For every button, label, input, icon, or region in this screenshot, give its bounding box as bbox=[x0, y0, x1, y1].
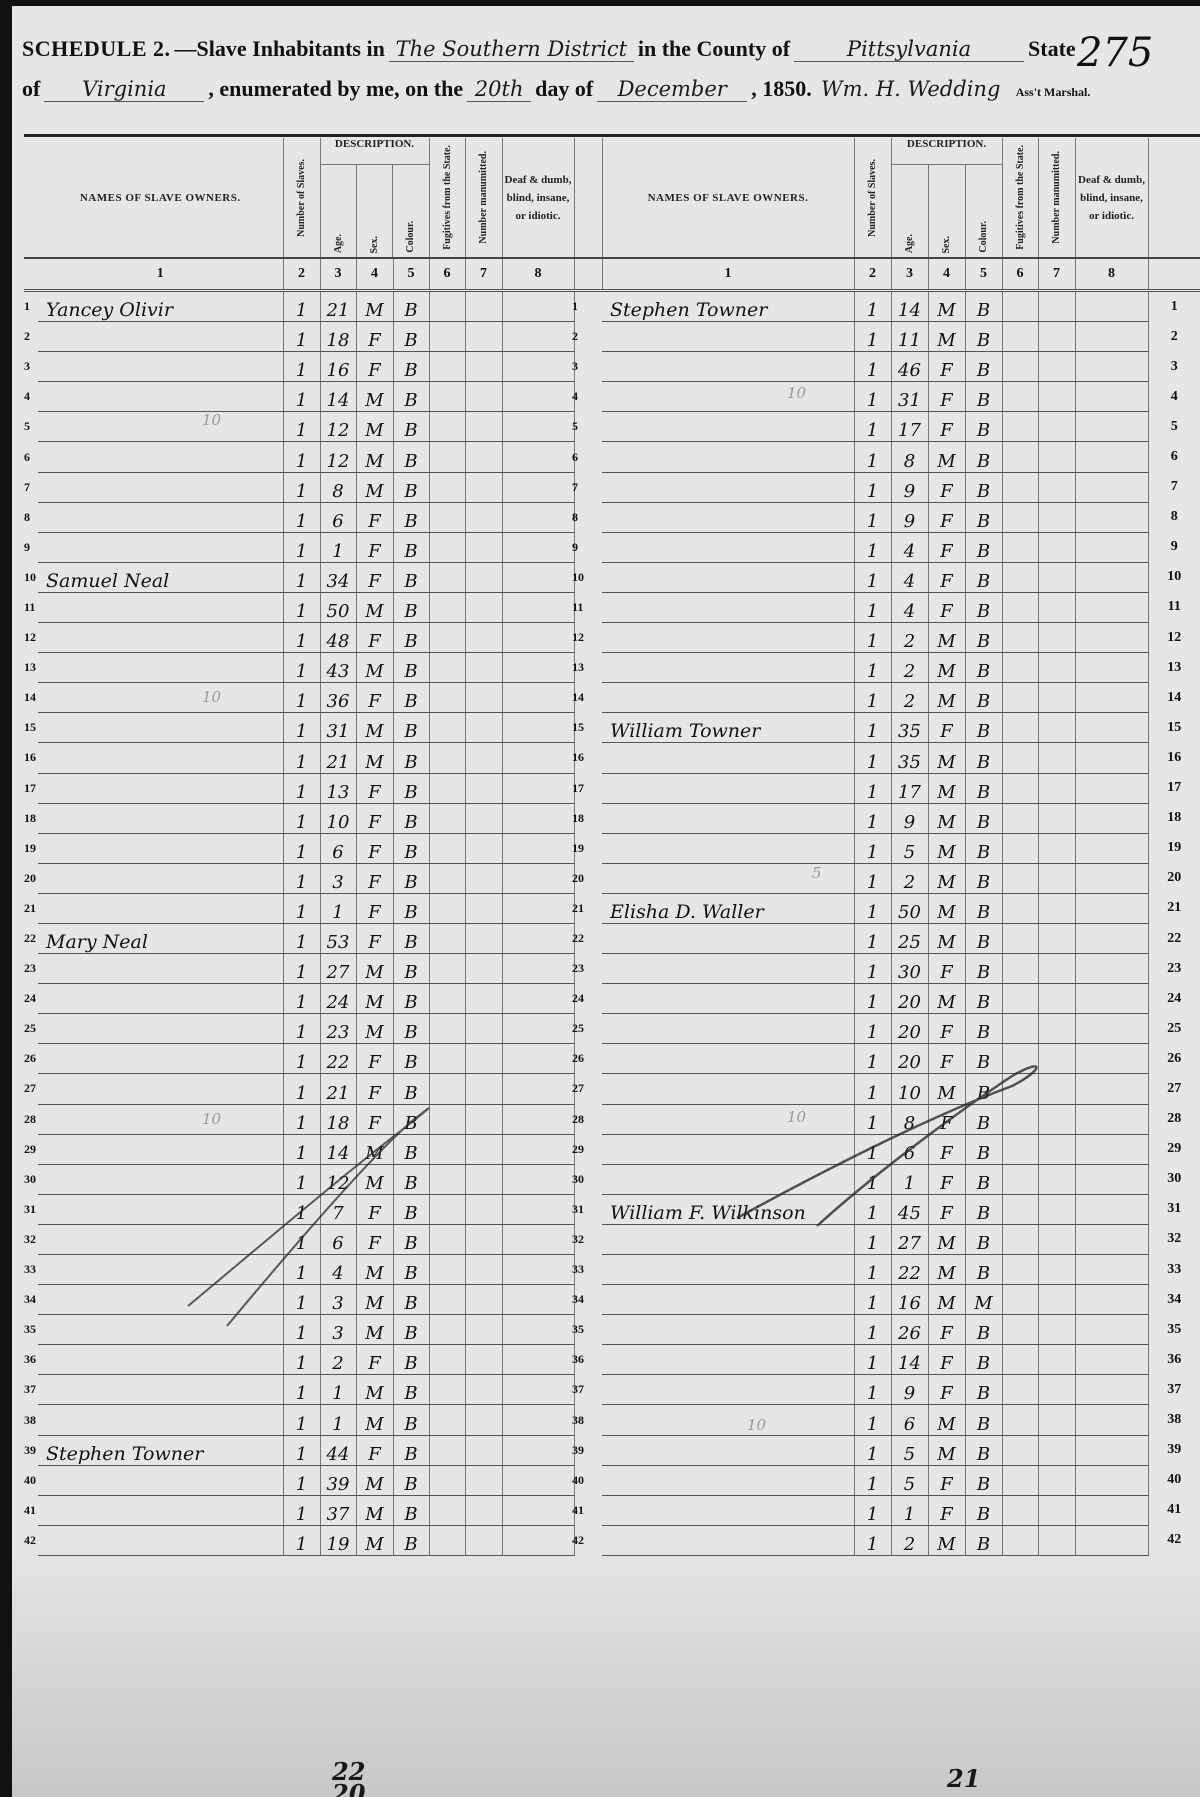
deaf-blind-cell bbox=[1075, 352, 1148, 382]
sex-cell: F bbox=[928, 352, 965, 382]
owner-name bbox=[602, 322, 854, 352]
table-row: 1Stephen Towner114MB1 bbox=[572, 291, 1200, 322]
colnum-8: 8 bbox=[1075, 258, 1148, 291]
table-row: 34116MM34 bbox=[572, 1285, 1200, 1315]
sex-cell: F bbox=[928, 592, 965, 622]
left-tally: 22 20 bbox=[332, 1761, 365, 1797]
line-number-right: 14 bbox=[1148, 683, 1200, 713]
owner-name bbox=[38, 833, 283, 863]
deaf-blind-cell bbox=[1075, 803, 1148, 833]
owner-name bbox=[602, 1014, 854, 1044]
slave-count: 1 bbox=[283, 1044, 320, 1074]
fugitive-cell bbox=[429, 562, 465, 592]
colour-cell: B bbox=[393, 743, 429, 773]
owner-name bbox=[38, 1495, 283, 1525]
slave-count: 1 bbox=[283, 382, 320, 412]
sex-cell: M bbox=[356, 442, 393, 472]
owner-name bbox=[38, 954, 283, 984]
colour-cell: B bbox=[965, 954, 1002, 984]
sex-cell: M bbox=[928, 743, 965, 773]
owner-name: Stephen Towner bbox=[602, 291, 854, 322]
owner-name bbox=[38, 1255, 283, 1285]
colour-cell: B bbox=[965, 472, 1002, 502]
fugitive-cell bbox=[429, 352, 465, 382]
colour-cell: B bbox=[965, 683, 1002, 713]
line-number: 24 bbox=[572, 984, 602, 1014]
table-row: 3413MB bbox=[24, 1285, 574, 1315]
manumitted-cell bbox=[465, 1255, 502, 1285]
table-row: 26120FB26 bbox=[572, 1044, 1200, 1074]
sex-cell: M bbox=[928, 1405, 965, 1435]
line-number-right: 5 bbox=[1148, 412, 1200, 442]
sex-cell: F bbox=[356, 502, 393, 532]
sex-cell: M bbox=[356, 1315, 393, 1345]
deaf-blind-cell bbox=[1075, 382, 1148, 412]
table-row: 17113FB bbox=[24, 773, 574, 803]
manumitted-cell bbox=[1038, 1074, 1075, 1104]
sex-cell: M bbox=[928, 683, 965, 713]
manumitted-cell bbox=[465, 562, 502, 592]
owner-name bbox=[38, 382, 283, 412]
slave-count: 1 bbox=[283, 1495, 320, 1525]
age-cell: 16 bbox=[891, 1285, 928, 1315]
line-number: 34 bbox=[24, 1285, 38, 1315]
census-page: 275 SCHEDULE 2. —Slave Inhabitants in Th… bbox=[12, 6, 1200, 1797]
sex-cell: F bbox=[356, 562, 393, 592]
owner-name: Samuel Neal bbox=[38, 562, 283, 592]
age-cell: 44 bbox=[320, 1435, 356, 1465]
deaf-blind-cell bbox=[1075, 1345, 1148, 1375]
deaf-blind-cell bbox=[502, 1255, 574, 1285]
line-number-right: 37 bbox=[1148, 1375, 1200, 1405]
sex-cell: F bbox=[928, 502, 965, 532]
slave-count: 1 bbox=[283, 1465, 320, 1495]
line-number: 19 bbox=[24, 833, 38, 863]
age-cell: 46 bbox=[891, 352, 928, 382]
manumitted-cell bbox=[465, 1285, 502, 1315]
fugitive-cell bbox=[1002, 893, 1038, 923]
deaf-blind-cell bbox=[502, 352, 574, 382]
line-number-right: 4 bbox=[1148, 382, 1200, 412]
colour-cell: B bbox=[965, 1044, 1002, 1074]
line-number-right: 10 bbox=[1148, 562, 1200, 592]
fugitive-cell bbox=[1002, 1315, 1038, 1345]
slave-count: 1 bbox=[854, 352, 891, 382]
colour-cell: B bbox=[393, 1104, 429, 1134]
manumitted-cell bbox=[1038, 352, 1075, 382]
sex-cell: F bbox=[928, 713, 965, 743]
sex-cell: F bbox=[928, 1465, 965, 1495]
line-number: 25 bbox=[24, 1014, 38, 1044]
line-number-right: 15 bbox=[1148, 713, 1200, 743]
table-row: 42119MB bbox=[24, 1525, 574, 1555]
deaf-blind-cell bbox=[502, 502, 574, 532]
manumitted-cell bbox=[1038, 863, 1075, 893]
owner-name bbox=[38, 502, 283, 532]
owner-name bbox=[602, 1285, 854, 1315]
slave-count: 1 bbox=[854, 1495, 891, 1525]
manumitted-cell bbox=[1038, 322, 1075, 352]
colour-cell: B bbox=[965, 291, 1002, 322]
sex-cell: M bbox=[928, 803, 965, 833]
line-number: 16 bbox=[24, 743, 38, 773]
deaf-blind-cell bbox=[1075, 472, 1148, 502]
manumitted-cell bbox=[465, 984, 502, 1014]
page-number: 275 bbox=[1077, 30, 1153, 76]
colour-cell: B bbox=[393, 1074, 429, 1104]
slave-count: 1 bbox=[854, 623, 891, 653]
sex-cell: M bbox=[356, 592, 393, 622]
description-label: DESCRIPTION. bbox=[892, 138, 1002, 165]
deaf-blind-cell bbox=[502, 623, 574, 653]
sex-cell: F bbox=[356, 803, 393, 833]
enumerated-text: , enumerated by me, on the bbox=[208, 76, 463, 102]
fugitive-cell bbox=[1002, 1465, 1038, 1495]
owner-name bbox=[602, 1465, 854, 1495]
colour-cell: B bbox=[965, 713, 1002, 743]
age-cell: 12 bbox=[320, 442, 356, 472]
colour-cell: B bbox=[393, 322, 429, 352]
colour-cell: B bbox=[393, 1194, 429, 1224]
line-number: 19 bbox=[572, 833, 602, 863]
line-number: 14 bbox=[24, 683, 38, 713]
age-cell: 8 bbox=[320, 472, 356, 502]
sex-cell: M bbox=[928, 1074, 965, 1104]
fugitive-cell bbox=[1002, 352, 1038, 382]
colour-cell: B bbox=[965, 1164, 1002, 1194]
age-cell: 48 bbox=[320, 623, 356, 653]
table-row: 18110FB bbox=[24, 803, 574, 833]
slave-count: 1 bbox=[854, 291, 891, 322]
age-cell: 18 bbox=[320, 1104, 356, 1134]
sex-cell: F bbox=[356, 1044, 393, 1074]
sex-cell: F bbox=[928, 954, 965, 984]
colour-cell: B bbox=[393, 562, 429, 592]
table-row: 40139MB bbox=[24, 1465, 574, 1495]
colour-cell: B bbox=[393, 713, 429, 743]
right-table-body: 1Stephen Towner114MB12111MB23146FB34131F… bbox=[572, 291, 1200, 1556]
table-row: 2916FB29 bbox=[572, 1134, 1200, 1164]
fugitive-cell bbox=[429, 1465, 465, 1495]
fugitive-cell bbox=[429, 1224, 465, 1254]
deaf-blind-cell bbox=[502, 954, 574, 984]
slave-count: 1 bbox=[283, 412, 320, 442]
line-number: 37 bbox=[24, 1375, 38, 1405]
fugitive-cell bbox=[429, 773, 465, 803]
fugitive-cell bbox=[1002, 1044, 1038, 1074]
line-number-right: 35 bbox=[1148, 1315, 1200, 1345]
slave-count: 1 bbox=[283, 863, 320, 893]
owner-name bbox=[38, 623, 283, 653]
slave-count: 1 bbox=[283, 1104, 320, 1134]
pencil-mark: 10 bbox=[202, 1110, 221, 1128]
fugitive-cell bbox=[1002, 1375, 1038, 1405]
deaf-blind-cell bbox=[502, 923, 574, 953]
sex-cell: F bbox=[356, 893, 393, 923]
owner-name bbox=[602, 1164, 854, 1194]
deaf-blind-cell bbox=[502, 743, 574, 773]
colour-cell: B bbox=[965, 1014, 1002, 1044]
schedule-label: SCHEDULE 2. bbox=[22, 36, 171, 62]
deaf-blind-cell bbox=[1075, 773, 1148, 803]
table-row: 10Samuel Neal134FB bbox=[24, 562, 574, 592]
colnum-4: 4 bbox=[356, 258, 393, 291]
owner-name bbox=[602, 984, 854, 1014]
fugitive-cell bbox=[1002, 382, 1038, 412]
manumitted-cell bbox=[465, 954, 502, 984]
column-number-row: 1 2 3 4 5 6 7 8 bbox=[572, 258, 1200, 291]
line-number: 6 bbox=[572, 442, 602, 472]
manumitted-cell bbox=[465, 291, 502, 322]
age-cell: 31 bbox=[320, 713, 356, 743]
manumitted-cell bbox=[465, 803, 502, 833]
owner-name bbox=[602, 1345, 854, 1375]
fugitives-header-text: Fugitives from the State. bbox=[1015, 145, 1026, 250]
sex-cell: M bbox=[928, 291, 965, 322]
fugitive-cell bbox=[1002, 502, 1038, 532]
deaf-blind-cell bbox=[1075, 1104, 1148, 1134]
deaf-blind-cell bbox=[502, 1495, 574, 1525]
line-number-right: 1 bbox=[1148, 291, 1200, 322]
pencil-mark: 10 bbox=[747, 1416, 766, 1434]
fugitive-cell bbox=[429, 683, 465, 713]
line-number: 17 bbox=[24, 773, 38, 803]
colour-cell: B bbox=[965, 1405, 1002, 1435]
fugitive-cell bbox=[1002, 562, 1038, 592]
line-number: 26 bbox=[572, 1044, 602, 1074]
line-number-right: 42 bbox=[1148, 1525, 1200, 1555]
age-cell: 53 bbox=[320, 923, 356, 953]
colour-cell: B bbox=[965, 442, 1002, 472]
fugitive-cell bbox=[429, 1134, 465, 1164]
line-number: 11 bbox=[24, 592, 38, 622]
manumitted-cell bbox=[465, 893, 502, 923]
fugitive-cell bbox=[1002, 984, 1038, 1014]
left-table-body: 1Yancey Olivir121MB2118FB3116FB4114MB511… bbox=[24, 291, 574, 1556]
sex-cell: F bbox=[356, 1194, 393, 1224]
sex-cell: M bbox=[928, 1224, 965, 1254]
colour-cell: B bbox=[965, 1375, 1002, 1405]
slave-count: 1 bbox=[854, 803, 891, 833]
age-cell: 1 bbox=[320, 893, 356, 923]
owner-name bbox=[38, 442, 283, 472]
colour-cell: B bbox=[393, 1345, 429, 1375]
fugitive-cell bbox=[429, 1164, 465, 1194]
number-header-text: Number of Slaves. bbox=[296, 159, 307, 237]
slave-count: 1 bbox=[283, 1224, 320, 1254]
fugitive-cell bbox=[1002, 322, 1038, 352]
owner-name bbox=[38, 322, 283, 352]
description-header: DESCRIPTION. Age. Sex. Colour. bbox=[891, 138, 1002, 258]
deaf-blind-cell bbox=[1075, 713, 1148, 743]
slave-count: 1 bbox=[283, 1194, 320, 1224]
owner-name bbox=[38, 1044, 283, 1074]
deaf-blind-cell bbox=[502, 683, 574, 713]
line-number: 6 bbox=[24, 442, 38, 472]
sex-cell: M bbox=[928, 1525, 965, 1555]
table-row: 2118FB bbox=[24, 322, 574, 352]
owner-name bbox=[602, 382, 854, 412]
slave-count: 1 bbox=[854, 833, 891, 863]
colour-cell: B bbox=[393, 1134, 429, 1164]
sex-cell: F bbox=[356, 532, 393, 562]
table-row: 6112MB bbox=[24, 442, 574, 472]
colour-cell: B bbox=[393, 1465, 429, 1495]
colour-cell: B bbox=[965, 592, 1002, 622]
county-prefix: in the County of bbox=[638, 36, 790, 62]
deaf-blind-cell bbox=[1075, 1405, 1148, 1435]
table-row: 15131MB bbox=[24, 713, 574, 743]
fugitive-cell bbox=[429, 502, 465, 532]
colour-cell: B bbox=[965, 1104, 1002, 1134]
owner-name bbox=[38, 1224, 283, 1254]
line-number-right: 6 bbox=[1148, 442, 1200, 472]
fugitive-cell bbox=[429, 1375, 465, 1405]
owner-name bbox=[602, 1044, 854, 1074]
manumitted-cell bbox=[1038, 923, 1075, 953]
line-number: 38 bbox=[572, 1405, 602, 1435]
sex-cell: F bbox=[928, 472, 965, 502]
age-cell: 2 bbox=[891, 1525, 928, 1555]
deaf-blind-cell bbox=[502, 893, 574, 923]
manumitted-cell bbox=[465, 352, 502, 382]
deaf-blind-cell bbox=[1075, 592, 1148, 622]
table-row: 27110MB27 bbox=[572, 1074, 1200, 1104]
table-row: 816FB bbox=[24, 502, 574, 532]
deaf-blind-cell bbox=[1075, 893, 1148, 923]
manumitted-cell bbox=[465, 1164, 502, 1194]
line-number: 21 bbox=[24, 893, 38, 923]
age-cell: 22 bbox=[891, 1255, 928, 1285]
manumitted-cell bbox=[1038, 1044, 1075, 1074]
fugitive-cell bbox=[1002, 532, 1038, 562]
slave-count: 1 bbox=[283, 1435, 320, 1465]
colour-cell: B bbox=[393, 833, 429, 863]
sex-header: Sex. bbox=[941, 236, 952, 254]
manumitted-cell bbox=[1038, 1345, 1075, 1375]
of-label: of bbox=[22, 76, 40, 102]
owner-name bbox=[38, 1104, 283, 1134]
deaf-header: Deaf & dumb, blind, insane, or idiotic. bbox=[1075, 138, 1148, 258]
colnum-6: 6 bbox=[429, 258, 465, 291]
sex-cell: M bbox=[928, 623, 965, 653]
slave-count: 1 bbox=[854, 322, 891, 352]
fugitive-cell bbox=[1002, 592, 1038, 622]
line-number: 35 bbox=[572, 1315, 602, 1345]
table-row: 3915MB39 bbox=[572, 1435, 1200, 1465]
owner-name bbox=[38, 1375, 283, 1405]
deaf-blind-cell bbox=[502, 1525, 574, 1555]
deaf-line-2: blind, insane, bbox=[503, 189, 574, 207]
age-cell: 13 bbox=[320, 773, 356, 803]
colour-cell: B bbox=[965, 863, 1002, 893]
slave-count: 1 bbox=[283, 653, 320, 683]
table-row: 5117FB5 bbox=[572, 412, 1200, 442]
colour-cell: B bbox=[393, 1375, 429, 1405]
owner-name bbox=[602, 442, 854, 472]
fugitive-cell bbox=[1002, 1525, 1038, 1555]
table-row: 36114FB36 bbox=[572, 1345, 1200, 1375]
manumitted-cell bbox=[465, 532, 502, 562]
sex-cell: F bbox=[928, 1014, 965, 1044]
deaf-blind-cell bbox=[502, 1375, 574, 1405]
owner-name bbox=[602, 1375, 854, 1405]
age-cell: 50 bbox=[320, 592, 356, 622]
line-number: 7 bbox=[572, 472, 602, 502]
age-cell: 4 bbox=[891, 592, 928, 622]
sex-cell: M bbox=[356, 1375, 393, 1405]
colour-cell: B bbox=[393, 893, 429, 923]
manumitted-cell bbox=[1038, 1315, 1075, 1345]
line-number: 17 bbox=[572, 773, 602, 803]
slave-count: 1 bbox=[283, 291, 320, 322]
manumitted-cell bbox=[465, 412, 502, 442]
fugitive-cell bbox=[1002, 1194, 1038, 1224]
sex-cell: M bbox=[928, 322, 965, 352]
line-number: 5 bbox=[572, 412, 602, 442]
slave-count: 1 bbox=[283, 1525, 320, 1555]
owner-name bbox=[38, 984, 283, 1014]
colour-cell: B bbox=[393, 984, 429, 1014]
marshal-title: Ass't Marshal. bbox=[1016, 85, 1091, 100]
manumitted-header-text: Number manumitted. bbox=[1051, 151, 1062, 244]
header-line-1: SCHEDULE 2. —Slave Inhabitants in The So… bbox=[22, 36, 1192, 76]
deaf-line-1: Deaf & dumb, bbox=[503, 171, 574, 189]
line-number: 29 bbox=[24, 1134, 38, 1164]
manumitted-cell bbox=[1038, 592, 1075, 622]
manumitted-cell bbox=[465, 322, 502, 352]
age-cell: 26 bbox=[891, 1315, 928, 1345]
slave-count: 1 bbox=[283, 1315, 320, 1345]
fugitive-cell bbox=[429, 442, 465, 472]
owner-name bbox=[602, 1104, 854, 1134]
colour-cell: B bbox=[965, 1134, 1002, 1164]
deaf-blind-cell bbox=[1075, 412, 1148, 442]
line-number-right: 41 bbox=[1148, 1495, 1200, 1525]
schedule-header: 275 SCHEDULE 2. —Slave Inhabitants in Th… bbox=[22, 36, 1192, 116]
colour-cell: B bbox=[393, 532, 429, 562]
owner-name bbox=[38, 1074, 283, 1104]
colnum-3: 3 bbox=[320, 258, 356, 291]
slave-count: 1 bbox=[854, 1164, 891, 1194]
manumitted-cell bbox=[1038, 893, 1075, 923]
table-row: 1Yancey Olivir121MB bbox=[24, 291, 574, 322]
slave-count: 1 bbox=[854, 1224, 891, 1254]
line-number-right: 33 bbox=[1148, 1255, 1200, 1285]
line-number-right: 20 bbox=[1148, 863, 1200, 893]
colour-cell: B bbox=[965, 382, 1002, 412]
age-cell: 1 bbox=[891, 1164, 928, 1194]
table-row: 3711MB bbox=[24, 1375, 574, 1405]
owner-name bbox=[38, 1134, 283, 1164]
colour-cell: B bbox=[965, 1465, 1002, 1495]
age-cell: 9 bbox=[891, 1375, 928, 1405]
fugitive-cell bbox=[429, 623, 465, 653]
sex-cell: M bbox=[356, 984, 393, 1014]
slave-count: 1 bbox=[283, 1074, 320, 1104]
owner-name bbox=[38, 1465, 283, 1495]
deaf-blind-cell bbox=[1075, 532, 1148, 562]
owner-name bbox=[602, 743, 854, 773]
slave-count: 1 bbox=[283, 502, 320, 532]
colour-cell: B bbox=[965, 653, 1002, 683]
fugitive-cell bbox=[1002, 1014, 1038, 1044]
deaf-blind-cell bbox=[1075, 833, 1148, 863]
slave-count: 1 bbox=[283, 923, 320, 953]
deaf-blind-cell bbox=[502, 1164, 574, 1194]
deaf-blind-cell bbox=[502, 1074, 574, 1104]
age-cell: 17 bbox=[891, 412, 928, 442]
